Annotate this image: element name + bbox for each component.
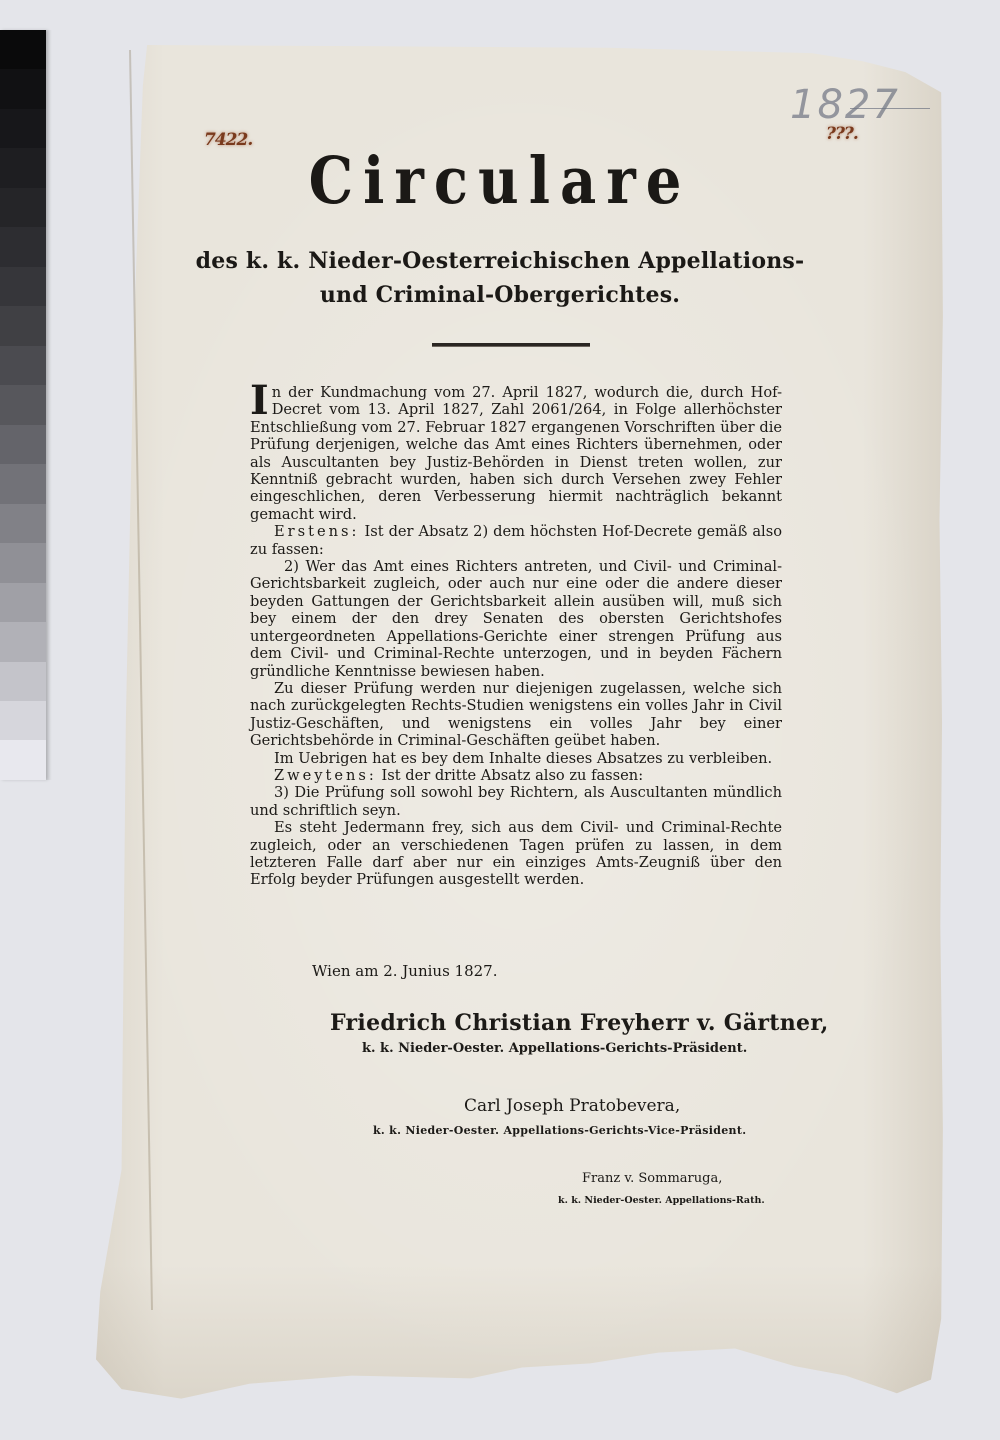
document-body: In der Kundmachung vom 27. April 1827, w… [250,384,782,889]
drop-cap: I [250,384,269,418]
grey-patch [0,543,46,582]
grey-patch [0,30,46,69]
signature-name-vice-president: Carl Joseph Pratobevera, [464,1096,680,1116]
title-divider-rule [432,343,590,347]
grey-patch [0,504,46,543]
paragraph-text: 3) Die Prüfung soll sowohl bey Richtern,… [250,784,782,818]
paragraph-jedermann: Es steht Jedermann frey, sich aus dem Ci… [250,819,782,889]
paragraph-erstens: Erstens: Ist der Absatz 2) dem höchsten … [250,523,782,558]
document-subtitle-line-2: und Criminal-Obergerichtes. [0,282,1000,308]
paragraph-lead: Zweytens: [274,767,377,784]
signature-title-vice-president: k. k. Nieder-Oester. Appellations-Gerich… [373,1124,746,1137]
paragraph-zweytens: Zweytens: Ist der dritte Absatz also zu … [250,767,782,784]
signature-title-president: k. k. Nieder-Oester. Appellations-Gerich… [362,1041,747,1056]
grey-patch [0,464,46,503]
signature-name-president: Friedrich Christian Freyherr v. Gärtner, [330,1010,829,1036]
signature-name-councillor: Franz v. Sommaruga, [582,1171,722,1186]
paragraph-text: n der Kundmachung vom 27. April 1827, wo… [250,384,782,523]
grey-patch [0,583,46,622]
paragraph-text: 2) Wer das Amt eines Richters antreten, … [250,558,782,679]
grey-patch [0,662,46,701]
paragraph-zulassung: Zu dieser Prüfung werden nur diejenigen … [250,680,782,750]
paragraph-lead: Erstens: [274,523,359,540]
paragraph-absatz-2: 2) Wer das Amt eines Richters antreten, … [250,558,782,680]
signature-title-councillor: k. k. Nieder-Oester. Appellations-Rath. [558,1195,765,1206]
grey-patch [0,385,46,424]
document-title: Circulare [0,143,1000,219]
paragraph-intro: In der Kundmachung vom 27. April 1827, w… [250,384,782,523]
paragraph-text: Ist der dritte Absatz also zu fassen: [377,767,643,784]
grey-patch [0,701,46,740]
grey-patch [0,425,46,464]
paragraph-uebrigen: Im Uebrigen hat es bey dem Inhalte diese… [250,750,782,767]
paragraph-text: Im Uebrigen hat es bey dem Inhalte diese… [274,750,772,767]
date-line: Wien am 2. Junius 1827. [312,962,497,980]
grey-patch [0,306,46,345]
document-subtitle-line-1: des k. k. Nieder-Oesterreichischen Appel… [0,248,1000,274]
grey-patch [0,740,46,779]
paragraph-absatz-3: 3) Die Prüfung soll sowohl bey Richtern,… [250,784,782,819]
paragraph-text: Es steht Jedermann frey, sich aus dem Ci… [250,819,782,888]
grey-patch [0,69,46,108]
paragraph-text: Zu dieser Prüfung werden nur diejenigen … [250,680,782,749]
grey-patch [0,622,46,661]
grey-patch [0,346,46,385]
pencil-year-annotation: 1827 [790,82,900,128]
